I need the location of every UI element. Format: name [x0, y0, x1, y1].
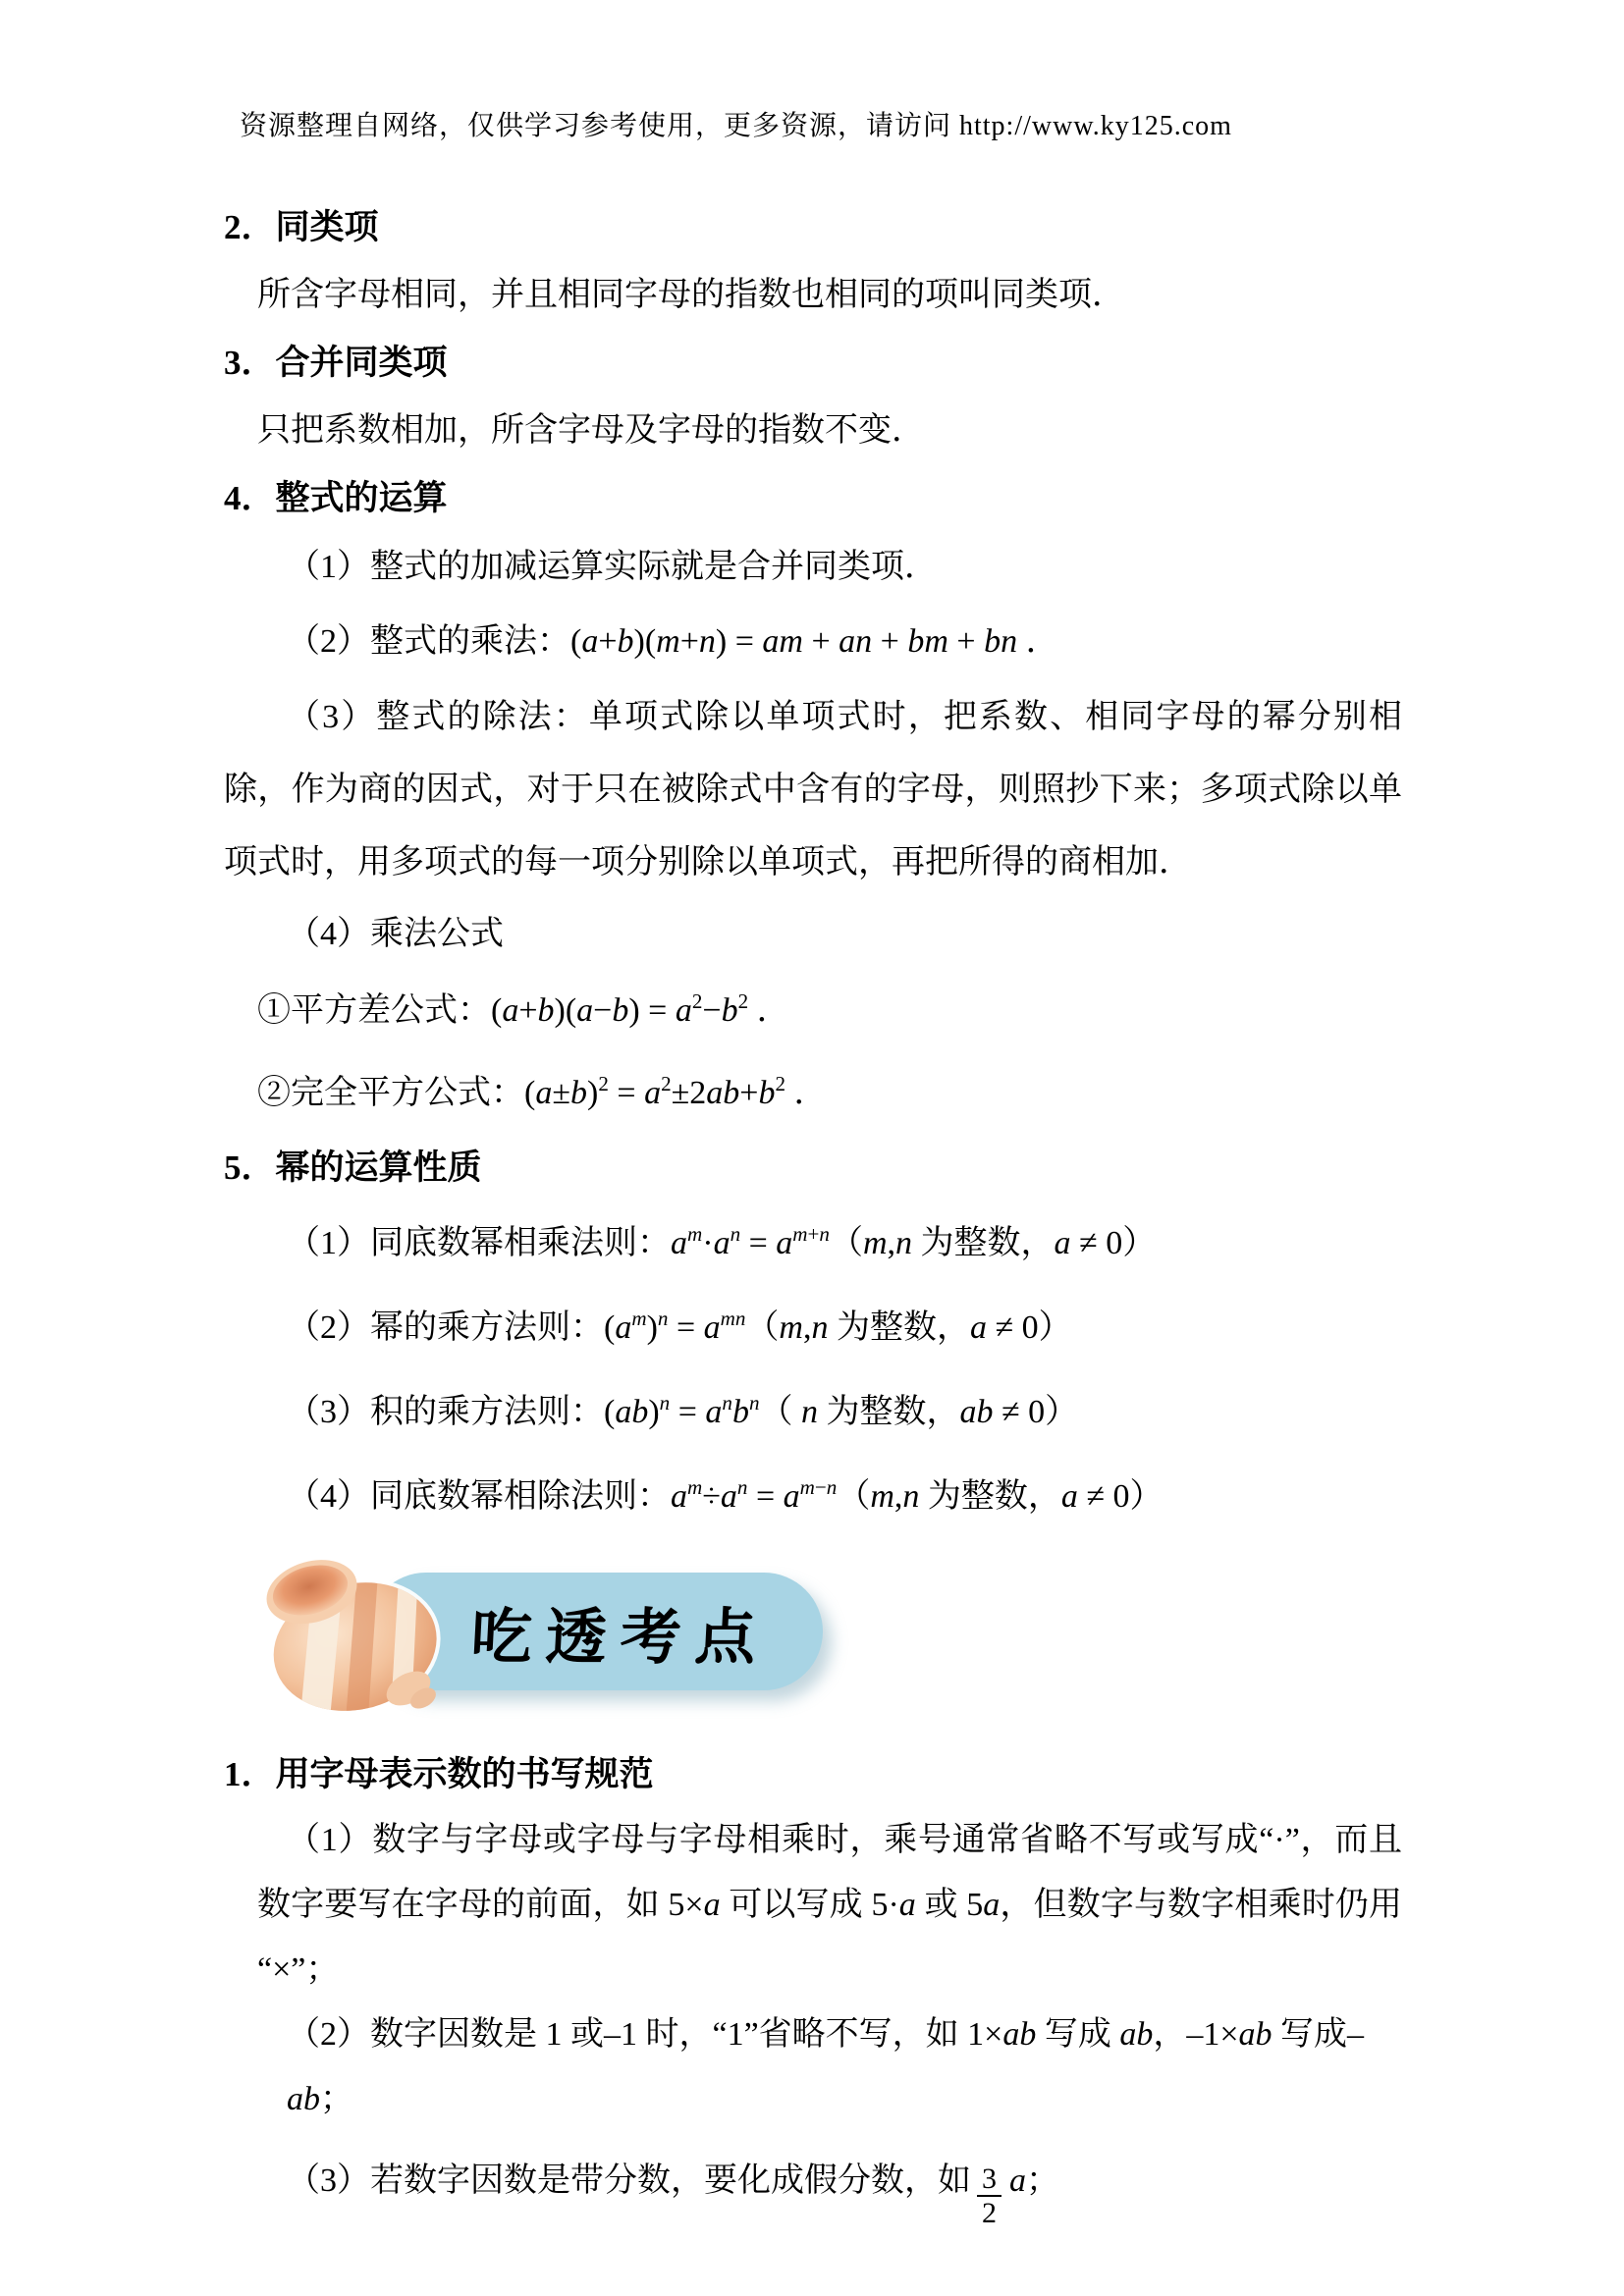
- header-source-note: 资源整理自网络，仅供学习参考使用，更多资源，请访问 http://www.ky1…: [240, 104, 1232, 143]
- content-bottom: 1．用字母表示数的书写规范（1）数字与字母或字母与字母相乘时，乘号通常省略不写或…: [224, 1741, 1402, 2230]
- rule-product-same-base-powers: （1）同底数幂相乘法则：am·an = am+n（m,n 为整数，a ≠ 0）: [287, 1201, 1402, 1286]
- rule-power-of-product: （3）积的乘方法则：(ab)n = anbn（ n 为整数，ab ≠ 0）: [287, 1370, 1402, 1455]
- content-top: 2．同类项所含字母相同，并且相同字母的指数也相同的项叫同类项．3．合并同类项只把…: [224, 194, 1402, 1539]
- para-like-terms-definition: 所含字母相同，并且相同字母的指数也相同的项叫同类项．: [257, 261, 1402, 330]
- exam-points-badge: 吃透考点: [251, 1547, 1017, 1732]
- heading-5-power-rules: 5．幂的运算性质: [224, 1135, 1402, 1201]
- notation-rule-3: （3）若数字因数是带分数，要化成假分数，如32a；: [287, 2132, 1402, 2230]
- heading-3-combine-like-terms: 3．合并同类项: [224, 330, 1402, 397]
- item-multiplication-formulas: （4）乘法公式: [287, 899, 1402, 970]
- formula-perfect-square: ②完全平方公式：(a±b)2 = a2±2ab+b2 ．: [257, 1052, 1402, 1135]
- item-polynomial-multiplication: （2）整式的乘法：(a+b)(m+n) = am + an + bm + bn …: [287, 603, 1402, 681]
- rule-power-of-power: （2）幂的乘方法则：(am)n = amn（m,n 为整数，a ≠ 0）: [287, 1286, 1402, 1370]
- heading-1-notation-rules: 1．用字母表示数的书写规范: [224, 1741, 1402, 1808]
- item-polynomial-division: （3）整式的除法：单项式除以单项式时，把系数、相同字母的幂分别相除，作为商的因式…: [224, 681, 1402, 899]
- document-page: 资源整理自网络，仅供学习参考使用，更多资源，请访问 http://www.ky1…: [0, 0, 1624, 2296]
- formula-square-difference: ①平方差公式：(a+b)(a−b) = a2−b2 ．: [257, 970, 1402, 1052]
- para-combine-rule: 只把系数相加，所含字母及字母的指数不变．: [257, 397, 1402, 465]
- heading-2-like-terms: 2．同类项: [224, 194, 1402, 261]
- notation-rule-2: （2）数字因数是 1 或–1 时，“1”省略不写，如 1×ab 写成 ab，–1…: [287, 2002, 1402, 2132]
- heading-4-polynomial-operations: 4．整式的运算: [224, 465, 1402, 532]
- conch-shell-icon: [251, 1539, 454, 1732]
- badge-label: 吃透考点: [469, 1588, 773, 1676]
- document-content: 2．同类项所含字母相同，并且相同字母的指数也相同的项叫同类项．3．合并同类项只把…: [224, 194, 1402, 2230]
- rule-quotient-same-base-powers: （4）同底数幂相除法则：am÷an = am−n（m,n 为整数，a ≠ 0）: [287, 1455, 1402, 1539]
- item-polynomial-add-sub: （1）整式的加减运算实际就是合并同类项．: [287, 532, 1402, 603]
- notation-rule-1: （1）数字与字母或字母与字母相乘时，乘号通常省略不写或写成“·”，而且数字要写在…: [257, 1808, 1402, 2002]
